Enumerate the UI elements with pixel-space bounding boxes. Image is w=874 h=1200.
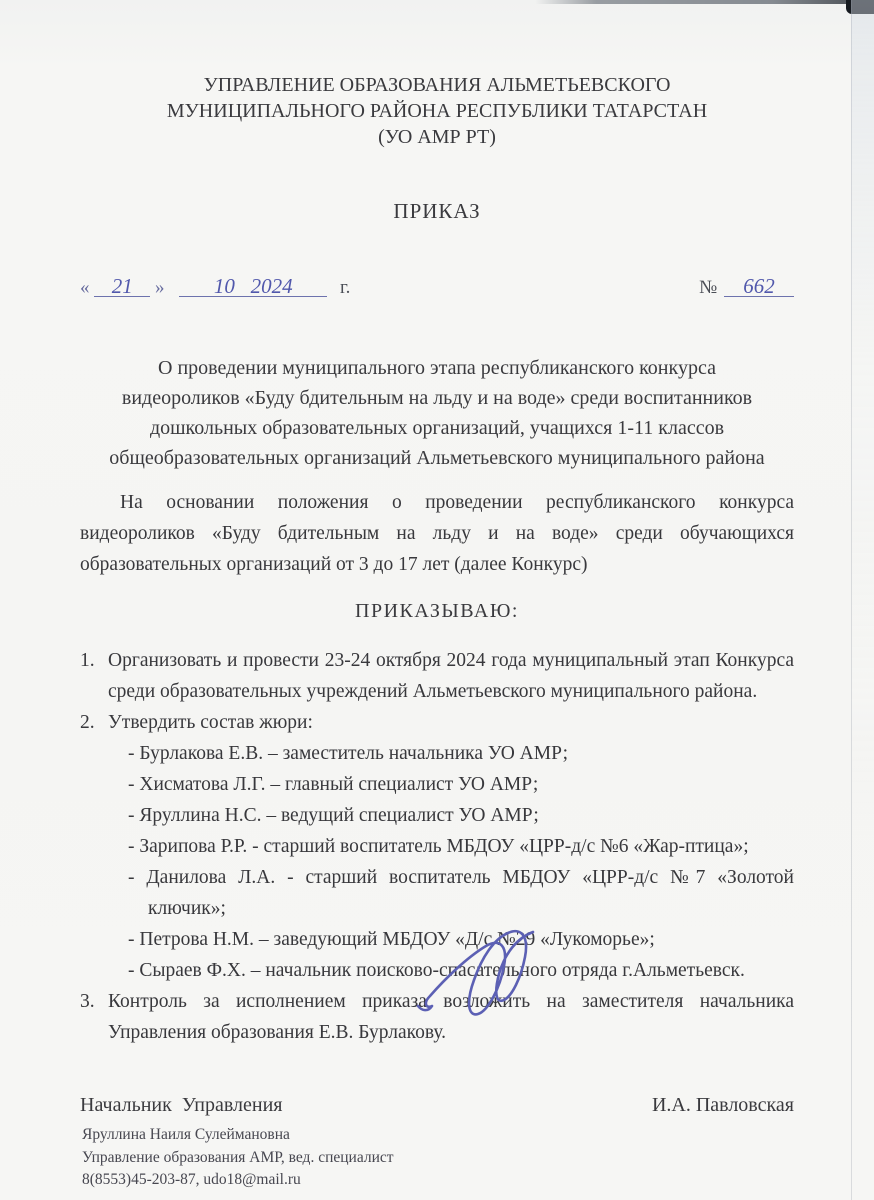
executor-contact-block: Яруллина Наиля Сулеймановна Управление о…: [82, 1124, 394, 1192]
open-quote: «: [80, 277, 90, 298]
jury-member: - Хисматова Л.Г. – главный специалист УО…: [108, 769, 794, 800]
decree-word: ПРИКАЗЫВАЮ:: [80, 600, 794, 623]
item-text: Утвердить состав жюри:: [108, 707, 794, 738]
scan-top-edge-artifact: [535, 0, 874, 4]
org-header-line-2: МУНИЦИПАЛЬНОГО РАЙОНА РЕСПУБЛИКИ ТАТАРСТ…: [80, 98, 794, 124]
org-header-line-1: УПРАВЛЕНИЕ ОБРАЗОВАНИЯ АЛЬМЕТЬЕВСКОГО: [80, 72, 794, 98]
jury-member: - Яруллина Н.С. – ведущий специалист УО …: [108, 800, 794, 831]
order-item-2: 2. Утвердить состав жюри:: [80, 707, 794, 738]
subject-line-3: дошкольных образовательных организаций, …: [80, 413, 794, 443]
organization-header: УПРАВЛЕНИЕ ОБРАЗОВАНИЯ АЛЬМЕТЬЕВСКОГО МУ…: [80, 72, 794, 150]
item-number: 3.: [80, 986, 108, 1048]
handwritten-month-year: 10 2024: [179, 276, 327, 297]
item-number: 2.: [80, 707, 108, 738]
jury-member: - Данилова Л.А. - старший воспитатель МБ…: [108, 862, 794, 924]
order-subject: О проведении муниципального этапа респуб…: [80, 353, 794, 473]
handwritten-signature-icon: [406, 918, 568, 1030]
handwritten-number: 662: [724, 276, 794, 297]
date-field: « 21 » 10 2024 г.: [80, 276, 350, 299]
executor-name: Яруллина Наиля Сулеймановна: [82, 1124, 394, 1147]
order-item-1: 1. Организовать и провести 23-24 октября…: [80, 645, 794, 707]
org-header-line-3: (УО АМР РТ): [80, 124, 794, 150]
subject-line-2: видеороликов «Буду бдительным на льду и …: [80, 383, 794, 413]
document-type-title: ПРИКАЗ: [80, 199, 794, 224]
subject-line-1: О проведении муниципального этапа респуб…: [80, 353, 794, 383]
signer-name: И.А. Павловская: [652, 1094, 794, 1117]
scanned-order-document: УПРАВЛЕНИЕ ОБРАЗОВАНИЯ АЛЬМЕТЬЕВСКОГО МУ…: [0, 0, 874, 1200]
date-and-number-row: « 21 » 10 2024 г. № 662: [80, 276, 794, 299]
handwritten-day: 21: [94, 276, 150, 297]
signer-position: Начальник Управления: [80, 1094, 282, 1117]
item-number: 1.: [80, 645, 108, 707]
executor-org: Управление образования АМР, вед. специал…: [82, 1147, 394, 1170]
executor-phone-email: 8(8553)45-203-87, udo18@mail.ru: [82, 1169, 394, 1192]
item-text: Организовать и провести 23-24 октября 20…: [108, 645, 794, 707]
subject-line-4: общеобразовательных организаций Альметье…: [80, 443, 794, 473]
close-quote: »: [155, 277, 165, 298]
preamble-paragraph: На основании положения о проведении респ…: [80, 487, 794, 580]
jury-member: - Зарипова Р.Р. - старший воспитатель МБ…: [108, 831, 794, 862]
number-sign: №: [699, 277, 717, 298]
jury-member: - Бурлакова Е.В. – заместитель начальник…: [108, 738, 794, 769]
signature-row: Начальник Управления И.А. Павловская: [80, 1094, 794, 1117]
document-number-field: № 662: [699, 276, 794, 299]
year-suffix: г.: [340, 277, 350, 298]
